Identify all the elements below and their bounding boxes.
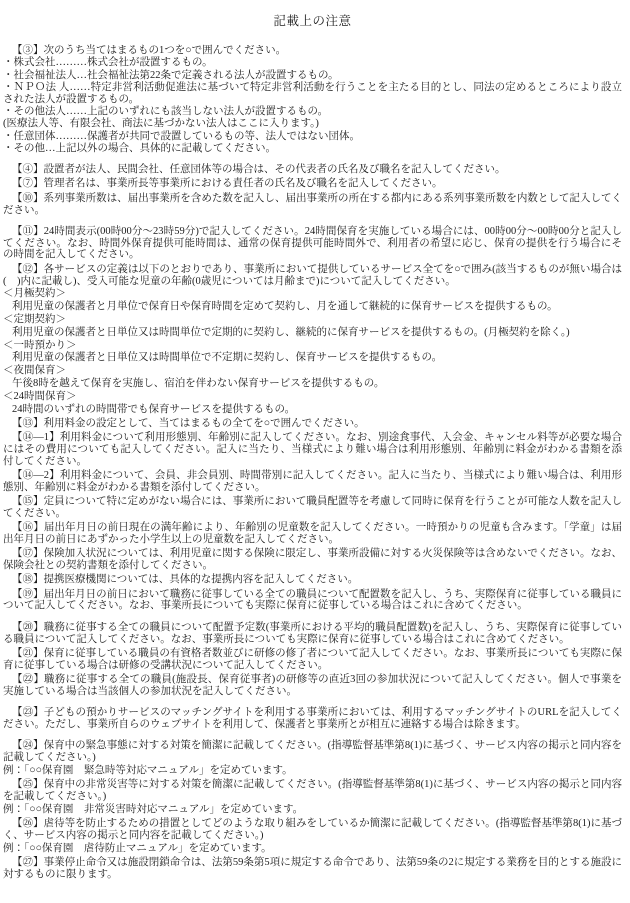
item-number: 【⑪】: [12, 226, 44, 237]
definition-header: ＜一時預かり＞: [3, 340, 622, 352]
item-number: 【⑬】: [12, 418, 44, 429]
document-body: 【③】次のうち当てはまるもの1つを○で囲んでください。・株式会社………株式会社が…: [3, 45, 622, 880]
instruction-item: 【⑭―1】利用料金について利用形態別、年齢別に記入してください。なお、別途食事代…: [3, 432, 622, 467]
item-number: 【④】: [12, 164, 44, 175]
bullet-item: ・ＮＰＯ法 人……特定非営利活動促進法に基づいて特定非営利活動を行うことを主たる…: [3, 82, 622, 106]
instruction-item: 【⑳】職務に従事する全ての職員について配置予定数(事業所における平均的職員配置数…: [3, 622, 622, 646]
definition-header: ＜月極契約＞: [3, 288, 622, 300]
item-number: 【⑮】: [12, 496, 44, 507]
definition-body: 利用児童の保護者と日単位又は時間単位で不定期に契約し、保育サービスを提供するもの…: [3, 352, 622, 364]
item-number: 【㉗】: [12, 857, 44, 868]
item-number: 【⑰】: [12, 548, 44, 559]
item-number: 【⑦】: [12, 178, 44, 189]
definition-header: ＜定期契約＞: [3, 314, 622, 326]
instruction-item: 【⑲】届出年月日の前日において職務に従事している全ての職員について配置数を記入し…: [3, 589, 622, 613]
definition-header: ＜夜間保育＞: [3, 365, 622, 377]
instruction-item: 【㉖】虐待等を防止するための措置としてどのような取り組みをしているか簡潔に記載し…: [3, 818, 622, 842]
item-number: 【㉒】: [12, 674, 44, 685]
example-line: 例：「○○保育園 非常災害時対応マニュアル」を定めています。: [3, 804, 622, 816]
instruction-item: 【⑱】提携医療機関については、具体的な提携内容を記入してください。: [3, 574, 622, 586]
instruction-item: 【㉗】事業停止命令又は施設閉鎖命令は、法第59条第5項に規定する命令であり、法第…: [3, 857, 622, 881]
instruction-item: 【⑫】各サービスの定義は以下のとおりであり、事業所において提供しているサービス全…: [3, 264, 622, 288]
document-page: 記載上の注意 【③】次のうち当てはまるもの1つを○で囲んでください。・株式会社……: [0, 0, 630, 903]
definition-body: 利用児童の保護者と日単位又は時間単位で定期的に契約し、継続的に保育サービスを提供…: [3, 327, 622, 339]
instruction-item: 【⑩】系列事業所数は、届出事業所を含めた数を記入し、届出事業所の所在する都内にあ…: [3, 193, 622, 217]
item-number: 【⑱】: [12, 574, 44, 585]
definition-body: 利用児童の保護者と月単位で保育日や保育時間を定めて契約し、月を通して継続的に保育…: [3, 301, 622, 313]
spacer: [3, 731, 622, 738]
item-number: 【⑯】: [12, 522, 44, 533]
instruction-item: 【㉔】保育中の緊急事態に対する対策を簡潔に記載してください。(指導監督基準第8(…: [3, 740, 622, 764]
instruction-item: 【⑬】利用料金の設定として、当てはまるもの全てを○で囲んでください。: [3, 418, 622, 430]
definition-header: ＜24時間保育＞: [3, 391, 622, 403]
example-line: 例：「○○保育園 虐待防止マニュアル」を定めています。: [3, 843, 622, 855]
item-number: 【⑩】: [12, 193, 44, 204]
instruction-item: 【⑪】24時間表示(00時00分～23時59分)で記入してください。24時間保育…: [3, 226, 622, 261]
spacer: [3, 612, 622, 619]
item-number: 【⑭―2】: [12, 470, 60, 481]
instruction-item: 【⑦】管理者名は、事業所長等事業所における責任者の氏名及び職名を記入してください…: [3, 178, 622, 190]
item-number: 【⑭―1】: [12, 432, 60, 443]
definition-body: 午後8時を越えて保育を実施し、宿泊を伴わない保育サービスを提供するもの。: [3, 378, 622, 390]
instruction-item: 【㉒】職務に従事する全ての職員(施設長、保育従事者)の研修等の直近3回の参加状況…: [3, 674, 622, 698]
instruction-item: 【⑰】保険加入状況については、利用児童に関する保険に限定し、事業所設備に対する火…: [3, 548, 622, 572]
example-line: 例：「○○保育園 緊急時等対応マニュアル」を定めています。: [3, 765, 622, 777]
spacer: [3, 698, 622, 705]
spacer: [3, 216, 622, 223]
definition-body: 24時間のいずれの時間帯でも保育サービスを提供するもの。: [3, 404, 622, 416]
bullet-item: ・株式会社………株式会社が設置するもの。: [3, 57, 622, 69]
item-number: 【③】: [12, 45, 44, 56]
spacer: [3, 155, 622, 162]
instruction-item: 【㉕】保育中の非常災害等に対する対策を簡潔に記載してください。(指導監督基準第8…: [3, 779, 622, 803]
item-number: 【㉑】: [12, 648, 44, 659]
bullet-item: ・社会福祉法人…社会福祉法第22条で定義される法人が設置するもの。: [3, 70, 622, 82]
note-line: (医療法人等、有限会社、商法に基づかない法人はここに入ります。): [3, 118, 622, 130]
instruction-item: 【④】設置者が法人、民間会社、任意団体等の場合は、その代表者の氏名及び職名を記入…: [3, 164, 622, 176]
instruction-item: 【⑭―2】利用料金について、会員、非会員別、時間帯別に記入してください。記入に当…: [3, 470, 622, 494]
item-number: 【㉕】: [12, 779, 44, 790]
item-number: 【㉔】: [12, 740, 44, 751]
item-number: 【⑫】: [12, 264, 44, 275]
item-number: 【⑲】: [12, 589, 44, 600]
item-number: 【⑳】: [12, 622, 44, 633]
bullet-item: ・その他…上記以外の場合、具体的に記載してください。: [3, 143, 622, 155]
instruction-item: 【⑯】届出年月日の前日現在の満年齢により、年齢別の児童数を記入してください。一時…: [3, 522, 622, 546]
instruction-item: 【㉓】子どもの預かりサービスのマッチングサイトを利用する事業所においては、利用す…: [3, 707, 622, 731]
item-number: 【㉖】: [12, 818, 44, 829]
bullet-item: ・任意団体………保護者が共同で設置しているもの等、法人ではない団体。: [3, 131, 622, 143]
instruction-item: 【③】次のうち当てはまるもの1つを○で囲んでください。: [3, 45, 622, 57]
item-number: 【㉓】: [12, 707, 44, 718]
instruction-item: 【㉑】保育に従事している職員の有資格者数並びに研修の修了者について記入してくださ…: [3, 648, 622, 672]
bullet-item: ・その他法人……上記のいずれにも該当しない法人が設置するもの。: [3, 106, 622, 118]
instruction-item: 【⑮】定員について特に定めがない場合には、事業所において職員配置等を考慮して同時…: [3, 496, 622, 520]
page-title: 記載上の注意: [3, 14, 622, 28]
